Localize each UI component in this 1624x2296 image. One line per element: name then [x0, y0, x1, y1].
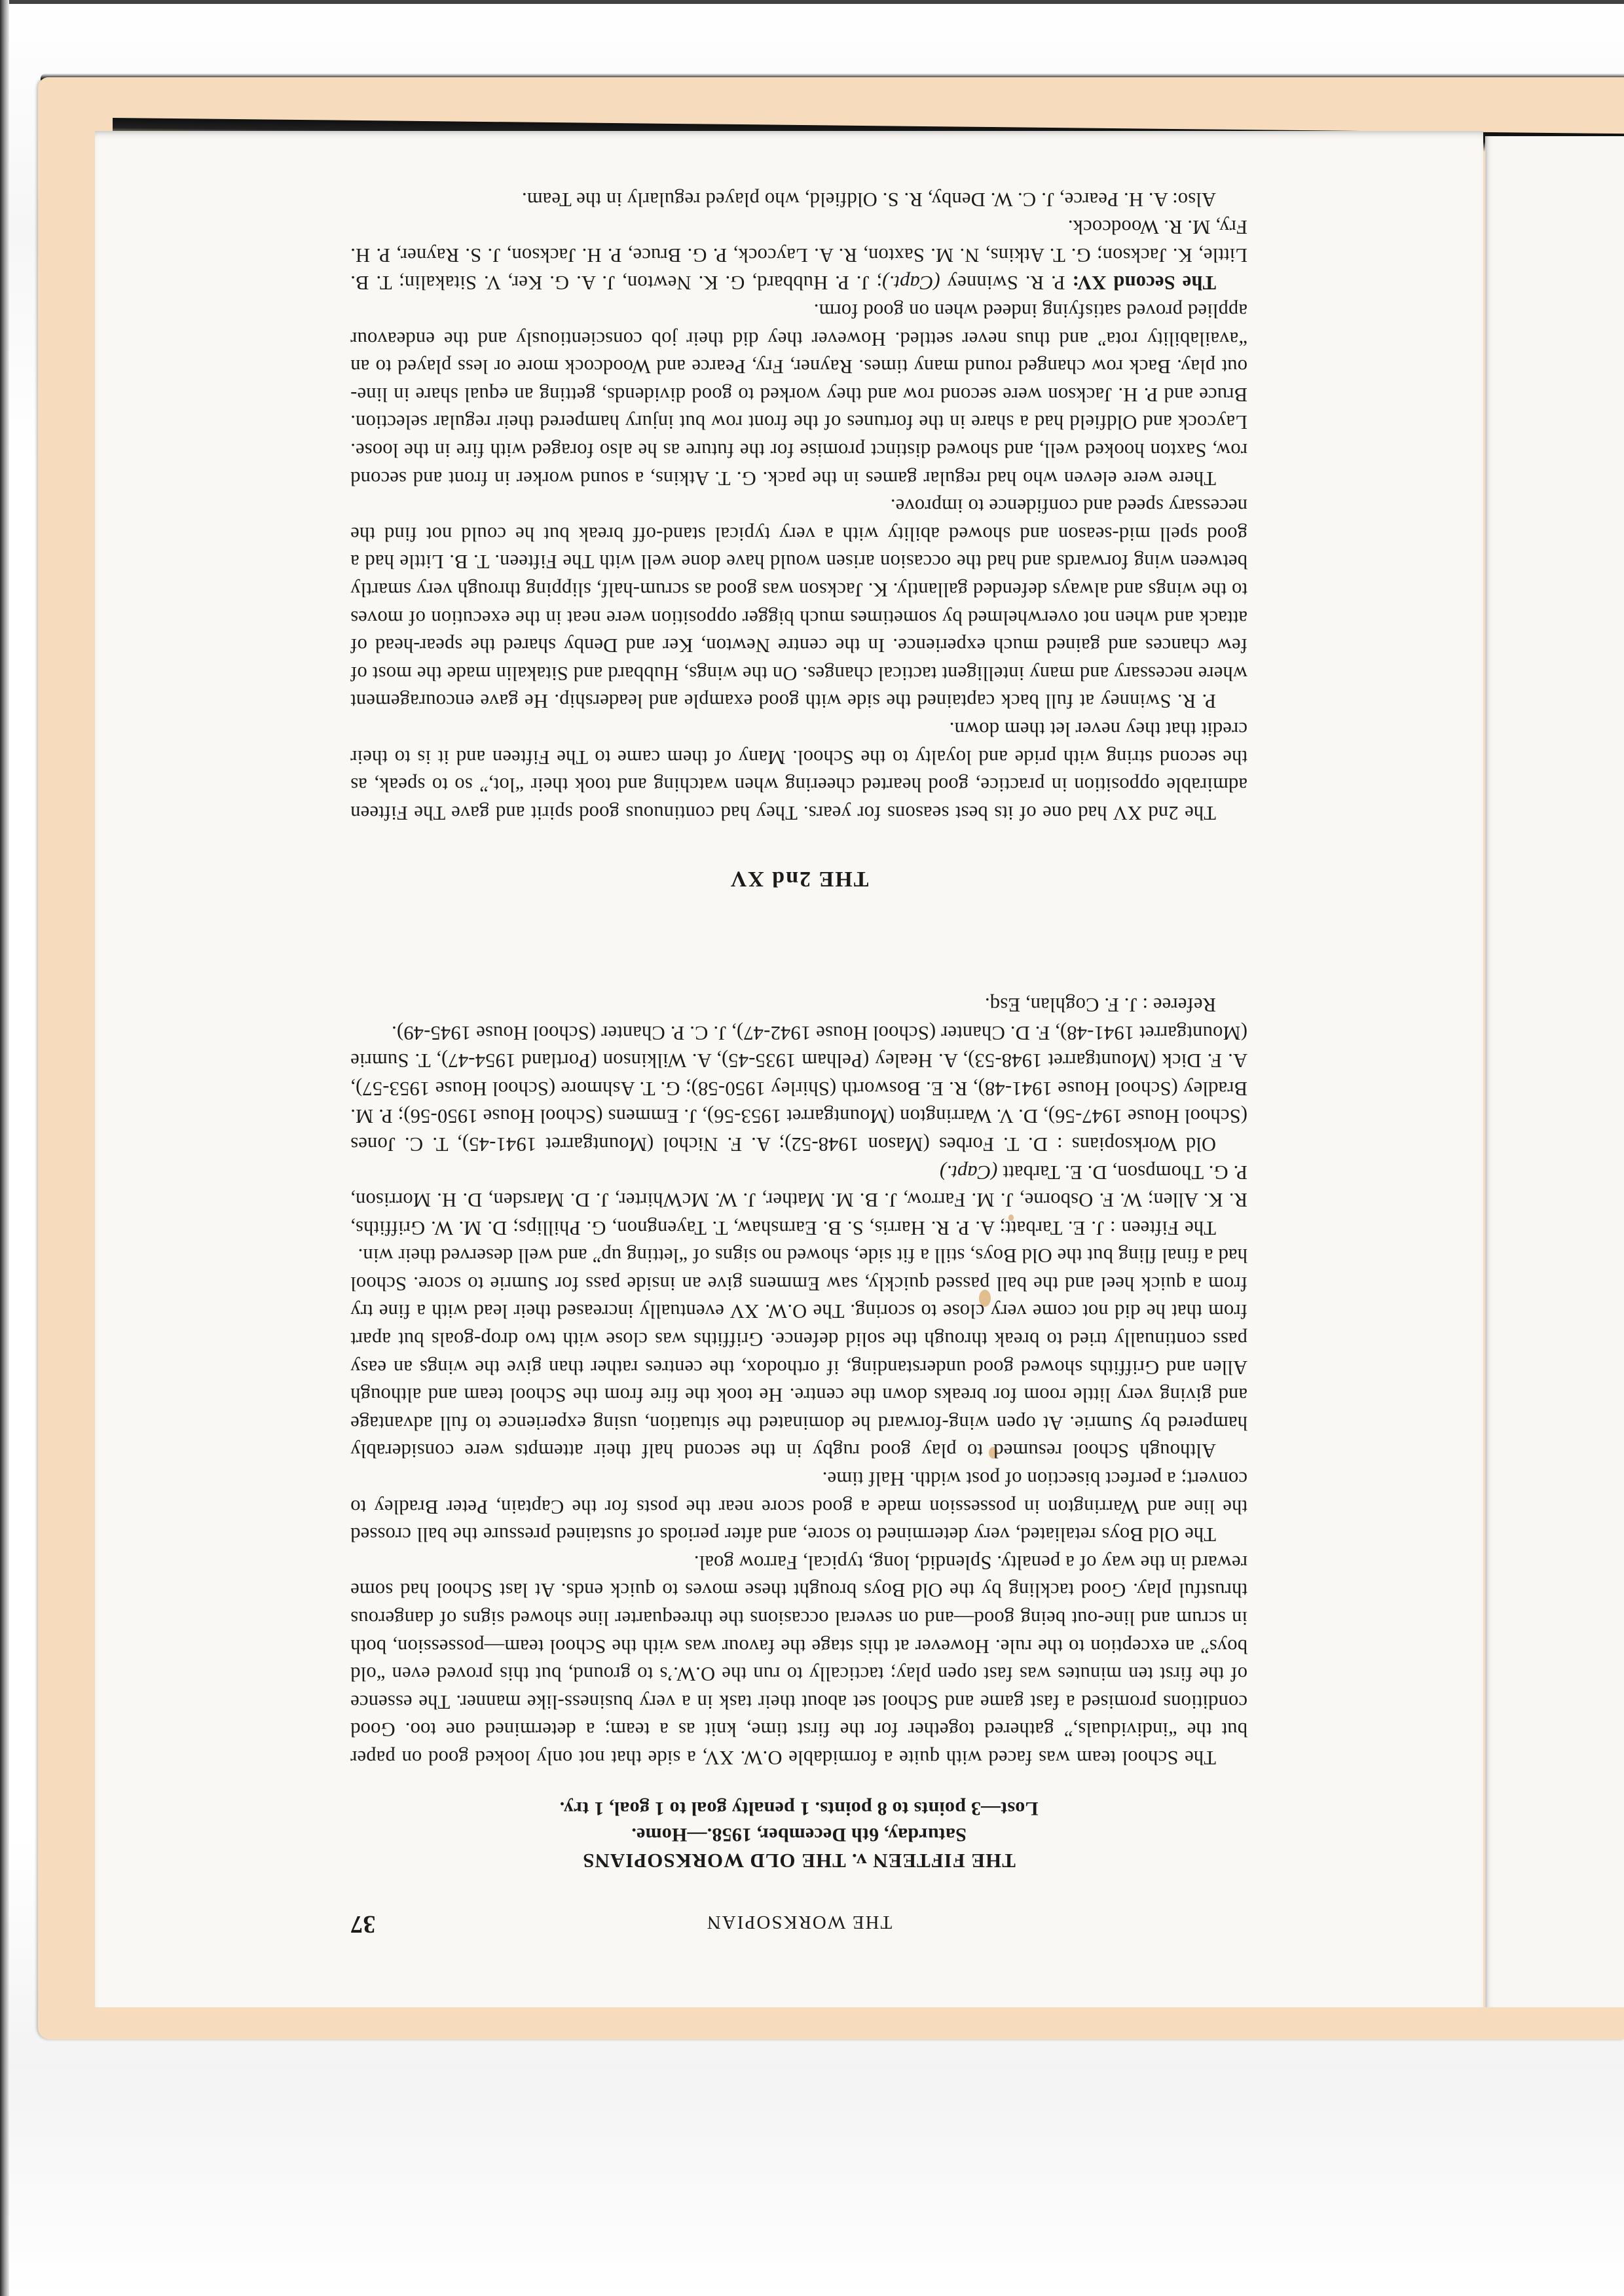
match-date: Saturday, 6th December, 1958.—Home. — [350, 1821, 1247, 1848]
match-report-paragraph: Although School resumed to play good rug… — [350, 1242, 1247, 1465]
fifteen-captain-mark: (Capt.) — [940, 1161, 998, 1184]
second-xv-paragraph: There were eleven who had regular games … — [350, 297, 1247, 492]
running-title: THE WORKSOPIAN — [403, 1908, 1195, 1936]
match-title: THE FIFTEEN v. THE OLD WORKSOPIANS — [350, 1848, 1247, 1874]
second-xv-team-list: The Second XV: P. R. Swinney (Capt.); J.… — [350, 213, 1247, 297]
fifteen-label: The Fifteen : — [1110, 1217, 1216, 1239]
match-report-paragraph: The Old Boys retaliated, very determined… — [350, 1465, 1247, 1548]
fifteen-team-list: The Fifteen : J. E. Tarbatt; A. P. R. Ha… — [350, 1158, 1247, 1242]
running-header: THE WORKSOPIAN 37 — [350, 1899, 1247, 1938]
old-worksopians-label: Old Worksopians : — [1057, 1133, 1216, 1156]
second-xv-also-line: Also: A. H. Pearce, J. C. W. Denby, R. S… — [350, 185, 1247, 213]
second-xv-label: The Second XV: — [1072, 272, 1216, 295]
match-report-paragraph: The School team was faced with quite a f… — [350, 1548, 1247, 1772]
second-xv-title: THE 2nd XV — [350, 865, 1247, 893]
second-xv-paragraph: The 2nd XV had one of its best seasons f… — [350, 715, 1247, 826]
referee-name: J. F. Coghlan, Esq. — [985, 994, 1137, 1016]
second-xv-paragraph: P. R. Swinney at full back captained the… — [350, 492, 1247, 716]
old-worksopians-team-list: Old Worksopians : D. T. Forbes (Mason 19… — [350, 1019, 1247, 1158]
scanner-edge-left — [0, 0, 9, 2296]
match-result: Lost—3 points to 8 points. 1 penalty goa… — [350, 1795, 1247, 1821]
page-body: THE WORKSOPIAN 37 THE FIFTEEN v. THE OLD… — [350, 185, 1247, 1938]
page-number: 37 — [350, 1910, 403, 1938]
second-xv-captain-name: P. R. Swinney — [948, 272, 1065, 295]
facing-page-edge — [1485, 136, 1624, 2007]
referee-line: Referee : J. F. Coghlan, Esq. — [350, 991, 1247, 1019]
scanner-edge-top — [0, 0, 1624, 4]
page-content-rotated: THE WORKSOPIAN 37 THE FIFTEEN v. THE OLD… — [95, 131, 1483, 2007]
referee-label: Referee : — [1142, 994, 1216, 1016]
second-xv-captain-mark: (Capt.) — [882, 272, 940, 295]
